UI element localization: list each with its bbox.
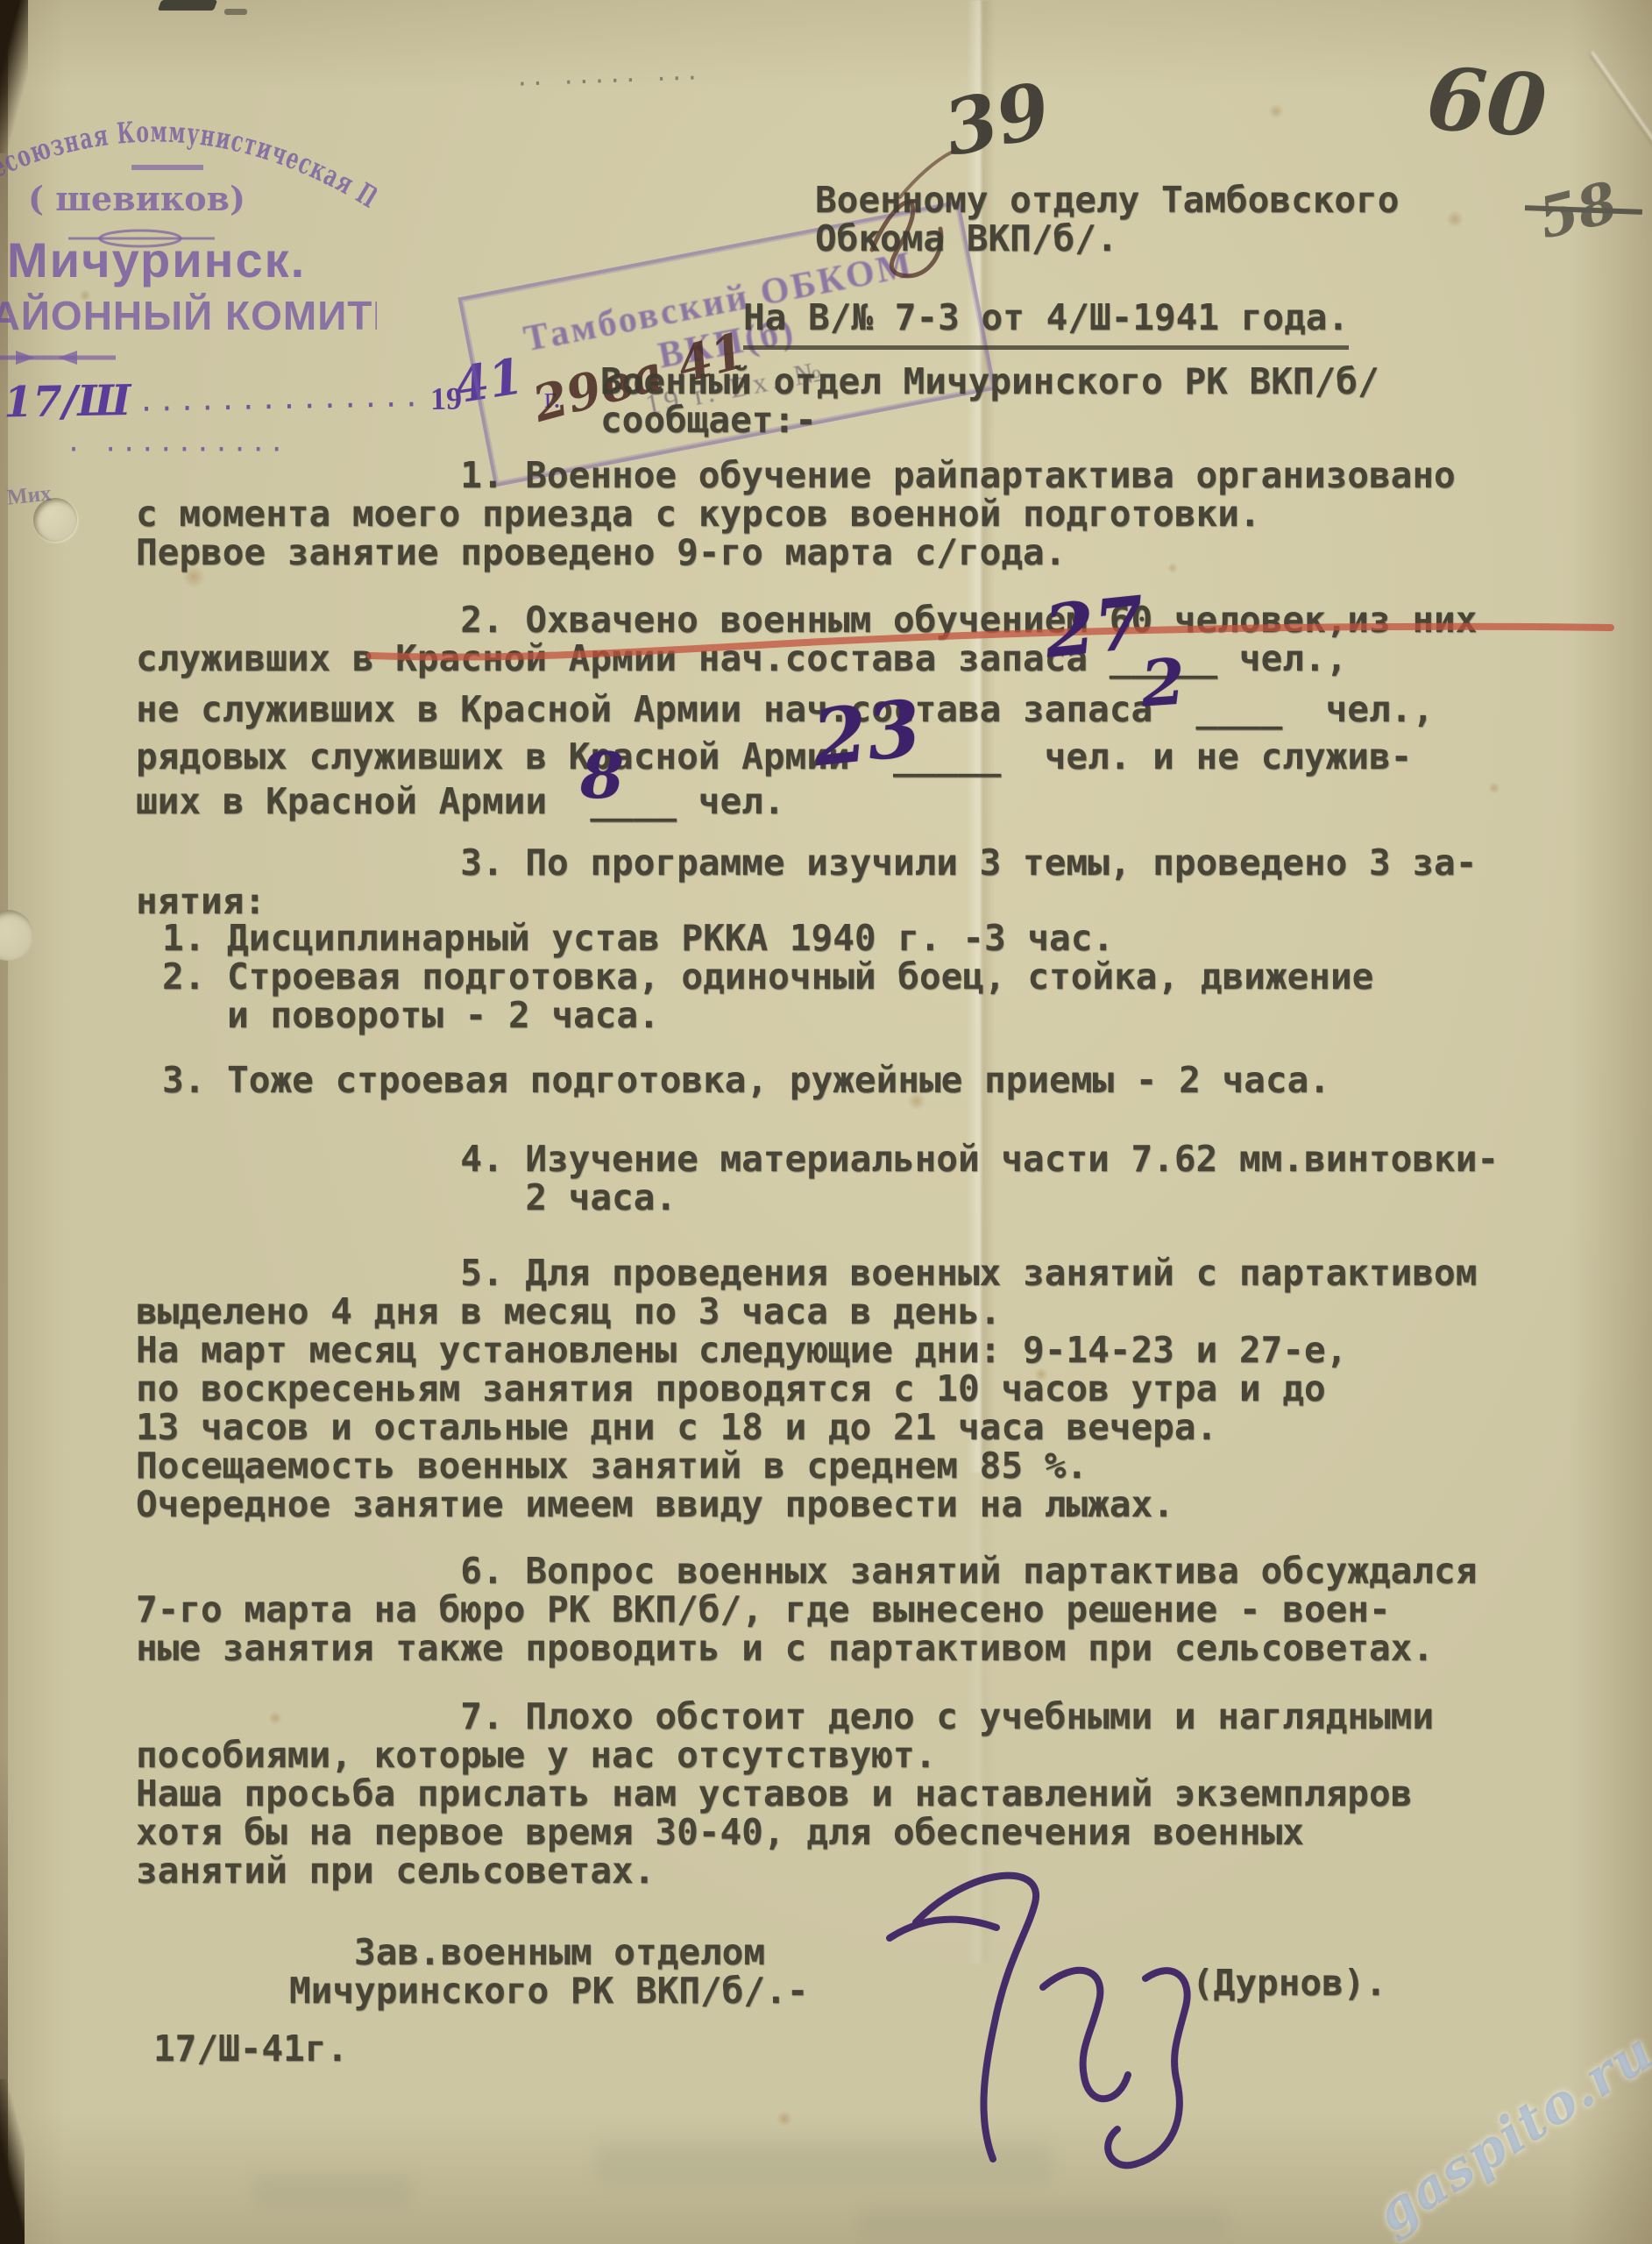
paragraph-3-item-3: 3. Тоже строевая подготовка, ружейные пр… <box>162 1061 1330 1099</box>
paper-corner-bottom-left <box>0 2079 25 2244</box>
typed-line: с момента моего приезда с курсов военной… <box>136 494 1456 533</box>
paragraph-1: 1. Военное обучение райпартактива органи… <box>136 456 1456 572</box>
typed-line: Первое занятие проведено 9-го марта с/го… <box>136 533 1456 572</box>
paragraph-3: 3. По программе изучили 3 темы, проведен… <box>136 843 1477 920</box>
typed-line: 1. Дисциплинарный устав РККА 1940 г. -3 … <box>162 919 1373 957</box>
paragraph-2-part-b: не служивших в Красной Армии нач.состава… <box>136 690 1434 728</box>
typed-line: 6. Вопрос военных занятий партактива обс… <box>136 1552 1477 1590</box>
typed-line: На март месяц установлены следующие дни:… <box>136 1331 1477 1369</box>
age-spot <box>1268 103 1284 119</box>
ink-bleed-ghost <box>859 2209 1227 2237</box>
typed-line: 7. Плохо обстоит дело с учебными и нагля… <box>136 1697 1434 1736</box>
typed-line: Посещаемость военных занятий в среднем 8… <box>136 1446 1477 1485</box>
reference-line: На В/№ 7-3 от 4/Ш-1941 года. <box>743 298 1349 337</box>
paper-crease-corner <box>1591 51 1652 167</box>
date-day-month: 17/Ш <box>4 376 131 428</box>
typed-line: Военный отдел Мичуринского РК ВКП/б/ <box>600 362 1379 401</box>
typed-line: пособиями, которые у нас отсутствуют. <box>136 1736 1434 1774</box>
typed-line: Военному отделу Тамбовского <box>815 181 1399 219</box>
stamp-arrow <box>16 351 35 365</box>
top-faint-dots: ·· ····· ··· <box>515 65 702 97</box>
typed-line: 5. Для проведения военных занятий с парт… <box>136 1253 1477 1292</box>
stamp-bolsheviks-text: ( шевиков) <box>28 179 245 218</box>
typed-line: Очередное занятие имеем ввиду провести н… <box>136 1485 1477 1523</box>
handwritten-count-nachsostav-not-served: 2 <box>1138 643 1188 721</box>
typed-line: по воскресеньям занятия проводятся с 10 … <box>136 1369 1477 1408</box>
age-spot <box>776 2111 792 2127</box>
typed-line: выделено 4 дня в месяц по 3 часа в день. <box>136 1292 1477 1331</box>
typed-line: сообщает:- <box>600 401 1379 439</box>
typed-line: Мичуринского РК ВКП/б/.- <box>289 1971 808 2010</box>
paragraph-7: 7. Плохо обстоит дело с учебными и нагля… <box>136 1697 1434 1890</box>
stamp-arrow <box>58 351 77 365</box>
typed-line: ные занятия также проводить и с партакти… <box>136 1629 1477 1667</box>
typed-line: 2. Строевая подготовка, одиночный боец, … <box>162 957 1373 996</box>
typed-line: Наша просьба прислать нам уставов и наст… <box>136 1774 1434 1813</box>
paragraph-2-part-d: ших в Красной Армии ____ чел. <box>136 782 785 820</box>
handwritten-count-not-served: 8 <box>580 738 624 813</box>
typed-line: 3. Тоже строевая подготовка, ружейные пр… <box>162 1061 1330 1099</box>
paragraph-2-part-c: рядовых служивших в Красной Армии _____ … <box>136 737 1412 776</box>
date-dots: .............. <box>138 380 423 418</box>
site-watermark: gaspito.ru <box>1365 2020 1652 2244</box>
typed-line: 1. Военное обучение райпартактива органи… <box>136 456 1456 494</box>
age-spot <box>1446 210 1464 228</box>
red-pencil-underline <box>366 614 1620 666</box>
typed-line: хотя бы на первое время 30-40, для обесп… <box>136 1813 1434 1851</box>
age-spot <box>1488 782 1500 794</box>
typed-line: Зав.военным отделом <box>289 1933 808 1971</box>
paragraph-4: 4. Изучение материальной части 7.62 мм.в… <box>136 1140 1499 1217</box>
intro-paragraph: Военный отдел Мичуринского РК ВКП/б/сооб… <box>600 362 1379 439</box>
paragraph-5: 5. Для проведения военных занятий с парт… <box>136 1253 1477 1523</box>
stamp-city: Мичуринск. <box>7 232 306 288</box>
paragraph-6: 6. Вопрос военных занятий партактива обс… <box>136 1552 1477 1667</box>
handwritten-count-ryadovye-served: 23 <box>809 682 925 784</box>
stamp-committee: РАЙОННЫЙ КОМИТЕТ <box>0 293 377 338</box>
paragraph-3-list: 1. Дисциплинарный устав РККА 1940 г. -3 … <box>162 919 1373 1034</box>
typed-line: Обкома ВКП/б/. <box>815 219 1399 258</box>
typed-line: 13 часов и остальные дни с 18 и до 21 ча… <box>136 1408 1477 1446</box>
ink-bleed-ghost <box>254 2174 412 2205</box>
typed-line: 4. Изучение материальной части 7.62 мм.в… <box>136 1140 1499 1178</box>
handwritten-count-nachsostav-served: 27 <box>1040 580 1149 674</box>
top-edge-mark <box>224 9 247 15</box>
folio-number-60: 60 <box>1423 48 1549 157</box>
margin-mark: Мих <box>6 481 53 510</box>
top-edge-mark <box>158 0 217 11</box>
typed-line: 3. По программе изучили 3 темы, проведен… <box>136 843 1477 882</box>
punch-hole <box>0 910 33 961</box>
stamp-divider <box>131 165 203 170</box>
typed-line: 7-го марта на бюро РК ВКП/б/, где вынесе… <box>136 1590 1477 1629</box>
typed-line: нятия: <box>136 882 1477 920</box>
closing-signature-title: Зав.военным отделомМичуринского РК ВКП/б… <box>289 1933 808 2010</box>
reference-text: На В/№ 7-3 от 4/Ш-1941 года. <box>743 296 1349 350</box>
recipient-address: Военному отделу ТамбовскогоОбкома ВКП/б/… <box>815 181 1399 258</box>
typed-line: и повороты - 2 часа. <box>162 996 1373 1034</box>
document-scan: Всесоюзная Коммунистическая Пар ( шевико… <box>0 0 1652 2244</box>
durnov-signature <box>863 1854 1231 2187</box>
typed-line: занятий при сельсоветах. <box>136 1851 1434 1890</box>
typed-line: 2 часа. <box>136 1178 1499 1217</box>
folio-number-58-crossed: 58 <box>1532 169 1624 252</box>
letter-date: 17/Ш-41г. <box>153 2029 348 2068</box>
